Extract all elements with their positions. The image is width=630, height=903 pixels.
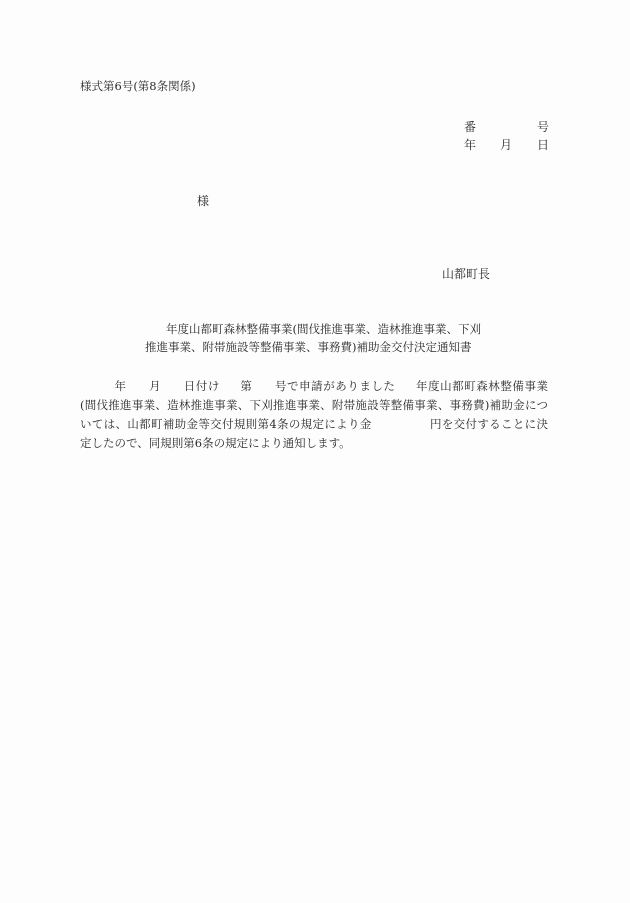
body-line-4: 定したので、同規則第6条の規定により通知します。 [80,434,548,453]
body-number-prefix: 第 [240,379,253,393]
body-month: 月 [149,379,162,393]
document-number-label-start: 番 [464,121,476,133]
date-year-label: 年 [464,139,476,151]
form-number-label: 様式第6号(第8条関係) [80,81,196,93]
document-number-label-end: 号 [537,121,549,133]
body-project-name: 年度山都町森林整備事業 [415,379,548,393]
issuer-name: 山都町長 [442,268,490,280]
body-line-2: (間伐推進事業、造林推進事業、下刈推進事業、附帯施設等整備事業、事務費)補助金に… [80,396,548,415]
date-month-label: 月 [500,139,512,151]
body-line-3: いては、山都町補助金等交付規則第4条の規定により金円を交付することに決 [80,415,548,434]
body-amount-suffix: 円を交付することに決 [430,417,548,431]
addressee-honorific: 様 [197,195,209,207]
body-application-text: 号で申請がありました [274,379,395,393]
body-amount-prefix: いては、山都町補助金等交付規則第4条の規定により金 [80,417,372,431]
document-title-line-1: 年度山都町森林整備事業(間伐推進事業、造林推進事業、下刈 [166,324,481,336]
body-day: 日付け [183,379,220,393]
document-title-line-2: 推進事業、附帯施設等整備事業、事務費)補助金交付決定通知書 [145,342,471,354]
date-day-label: 日 [537,139,549,151]
body-year: 年 [114,379,127,393]
body-line-1: 年月日付け第号で申請がありました年度山都町森林整備事業 [80,377,548,396]
document-body: 年月日付け第号で申請がありました年度山都町森林整備事業 (間伐推進事業、造林推進… [80,377,548,453]
